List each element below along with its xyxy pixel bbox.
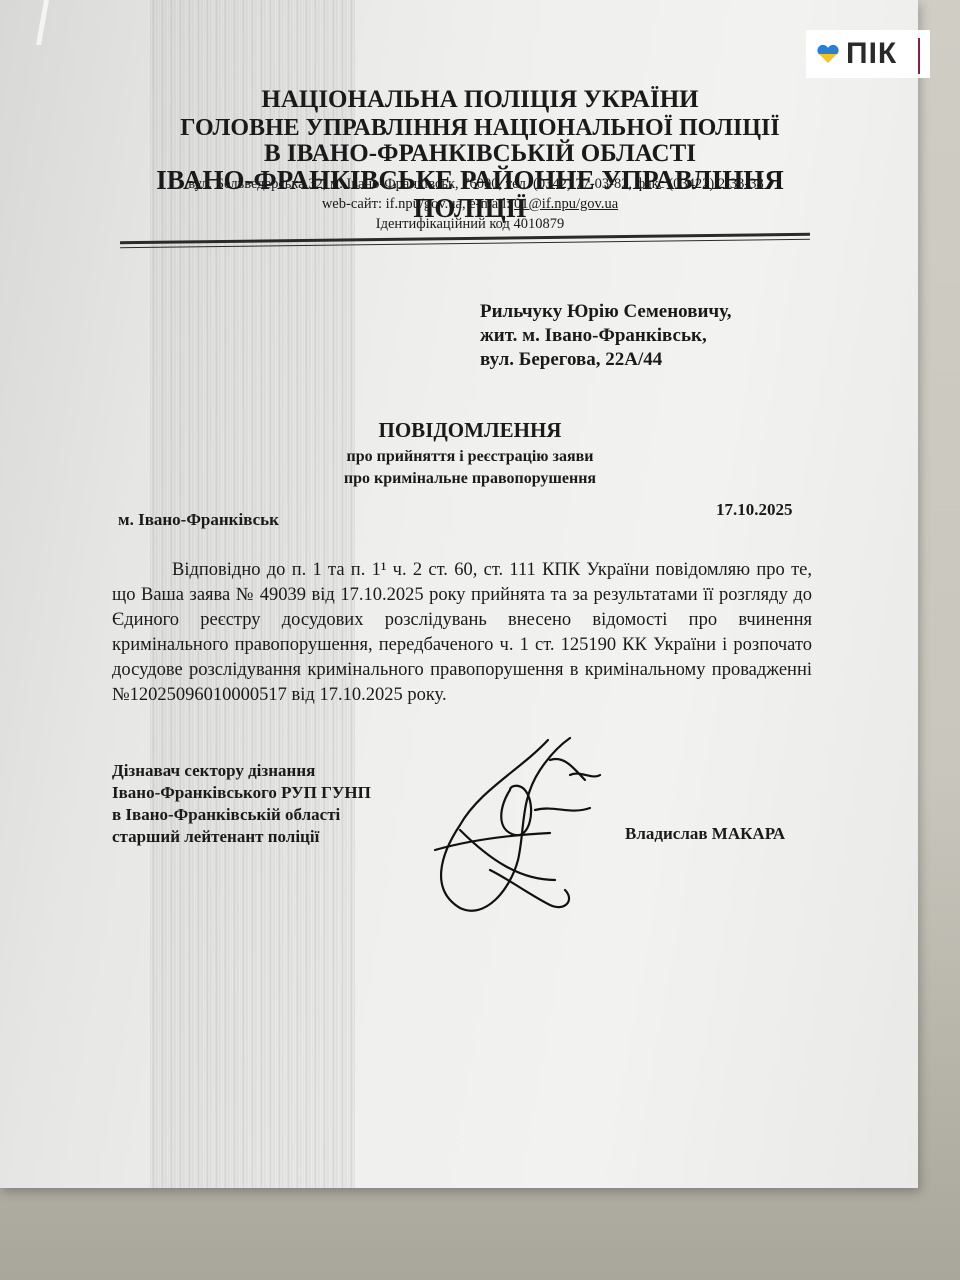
position-line-4: старший лейтенант поліції xyxy=(112,826,371,848)
header-id-code: Ідентифікаційний код 4010879 xyxy=(140,216,800,233)
notice-body: Відповідно до п. 1 та п. 1¹ ч. 2 ст. 60,… xyxy=(112,558,812,708)
notice-subtitle-2: про кримінальне правопорушення xyxy=(140,470,800,488)
paper-crease xyxy=(36,0,49,45)
recipient-street: вул. Берегова, 22А/44 xyxy=(480,348,731,372)
signatory-name: Владислав МАКАРА xyxy=(625,824,785,844)
notice-subtitle-1: про прийняття і реєстрацію заяви xyxy=(140,448,800,466)
signatory-position: Дізнавач сектору дізнання Івано-Франківс… xyxy=(112,760,371,848)
body-paragraph: Відповідно до п. 1 та п. 1¹ ч. 2 ст. 60,… xyxy=(112,558,812,708)
notice-title: ПОВІДОМЛЕННЯ xyxy=(140,418,800,443)
position-line-1: Дізнавач сектору дізнання xyxy=(112,760,371,782)
recipient-city: жит. м. Івано-Франківськ, xyxy=(480,324,731,348)
handwritten-signature-icon xyxy=(400,730,620,920)
header-address: вул. Бельведерська 32, м. Івано-Франківс… xyxy=(146,176,806,193)
pik-logo: ПІК xyxy=(806,30,930,78)
header-contacts: web-сайт: if.npu/gov.ua, e-mail: 01@if.n… xyxy=(140,196,800,213)
recipient-name: Рильчуку Юрію Семеновичу, xyxy=(480,300,731,324)
recipient-block: Рильчуку Юрію Семеновичу, жит. м. Івано-… xyxy=(480,300,731,372)
notice-city: м. Івано-Франківськ xyxy=(118,510,279,530)
header-line-4: ІВАНО-ФРАНКІВСЬКЕ РАЙОННЕ УПРАВЛІННЯ ПОЛ… xyxy=(130,166,810,222)
header-line-2: ГОЛОВНЕ УПРАВЛІННЯ НАЦІОНАЛЬНОЇ ПОЛІЦІЇ xyxy=(140,114,820,142)
ukraine-heart-icon xyxy=(816,44,840,64)
logo-accent-bar xyxy=(918,38,920,74)
position-line-2: Івано-Франківського РУП ГУНП xyxy=(112,782,371,804)
notice-date: 17.10.2025 xyxy=(716,500,793,520)
position-line-3: в Івано-Франківській області xyxy=(112,804,371,826)
header-line-1: НАЦІОНАЛЬНА ПОЛІЦІЯ УКРАЇНИ xyxy=(140,86,820,114)
email-link[interactable]: 01@if.npu/gov.ua xyxy=(514,196,618,212)
logo-text: ПІК xyxy=(846,37,897,71)
web-label: web-сайт: if.npu/gov.ua, e-mail: xyxy=(322,196,514,212)
header-line-3: В ІВАНО-ФРАНКІВСЬКІЙ ОБЛАСТІ xyxy=(140,140,820,168)
document-page: НАЦІОНАЛЬНА ПОЛІЦІЯ УКРАЇНИ ГОЛОВНЕ УПРА… xyxy=(0,0,918,1188)
